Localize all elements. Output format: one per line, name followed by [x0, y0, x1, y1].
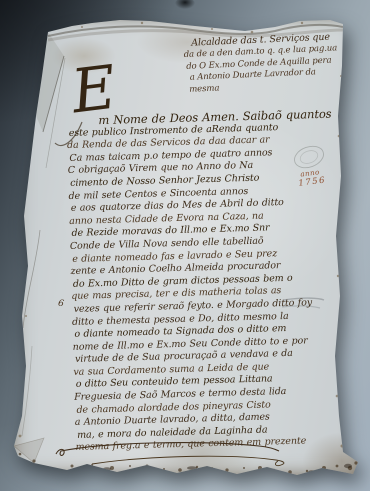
- header-annotation: Alcaldade das t. Serviços queda de a den…: [183, 31, 339, 97]
- paper-sheet: anno 1756 Alcaldade das t. Serviços qued…: [12, 16, 360, 478]
- manuscript-page: anno 1756 Alcaldade das t. Serviços qued…: [12, 16, 360, 478]
- background-smudge: [175, 0, 195, 9]
- margin-ink-mark: 6: [57, 300, 64, 310]
- photo-background: anno 1756 Alcaldade das t. Serviços qued…: [0, 0, 370, 491]
- manuscript-body: m Nome de Deos Amen. Saibaõ quantoseste …: [66, 108, 341, 455]
